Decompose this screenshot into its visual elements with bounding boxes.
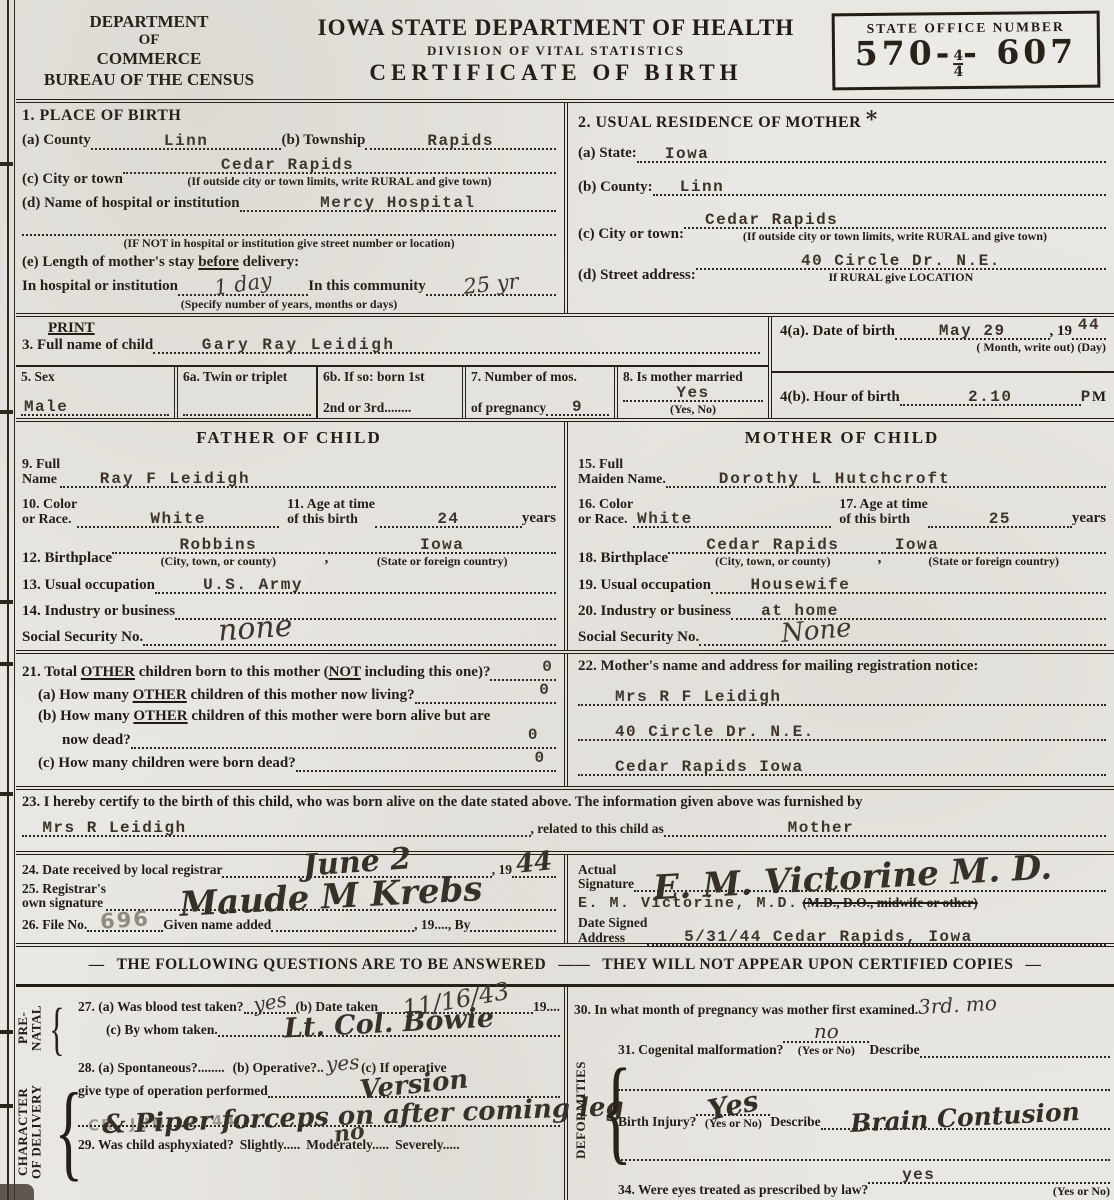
mother-birthplace-state-note: (State or foreign country) <box>881 555 1106 568</box>
dotted-line: 44 <box>512 861 556 878</box>
handwritten-mark: * <box>866 107 878 133</box>
father-age-suffix: years <box>522 510 556 527</box>
eyes-treated-value: yes <box>902 1166 935 1184</box>
mailing-address-title: 22. Mother's name and address for mailin… <box>578 658 1106 675</box>
mother-birthplace-city-note: (City, town, or county) <box>668 555 878 568</box>
dotted-line: none <box>143 629 556 646</box>
agency-line: OF <box>18 32 280 50</box>
dotted-line: Mother <box>664 820 1106 837</box>
hospital-note: (IF NOT in hospital or institution give … <box>22 237 556 250</box>
fraction-top: 4 <box>953 49 963 65</box>
pregnancy-label-2: of pregnancy <box>471 400 546 416</box>
informant-value: Mrs R Leidigh <box>42 819 186 837</box>
q-part: children born to this mother ( <box>135 664 329 680</box>
dotted-line: Iowa <box>328 537 556 554</box>
mother-ssn-label: Social Security No. <box>578 629 699 646</box>
slightly-label: Slightly..... <box>240 1137 300 1153</box>
fraction-bottom: 4 <box>954 65 964 79</box>
father-age-value: 24 <box>437 510 459 528</box>
mother-name-label: 15. FullMaiden Name. <box>578 457 666 488</box>
street-location-line: (IF NOT in hospital or institution give … <box>22 219 556 250</box>
hour-p-value: P <box>1081 388 1092 406</box>
dotted-line: Brain Contusion <box>821 1113 1110 1130</box>
mother-occupation-line: 19. Usual occupation Housewife <box>578 577 1106 594</box>
eyes-treated-field: yes (Yes or No) <box>868 1167 1110 1198</box>
actual-signature-label: ActualSignature <box>578 863 634 893</box>
by-whom-taken-label: (c) By whom taken. <box>106 1022 218 1038</box>
children-dead-label: (b) How many OTHER children of this moth… <box>38 708 556 725</box>
actual-label-1: Actual <box>578 863 634 878</box>
q-part: (b) How many <box>38 708 133 724</box>
dotted-line: 696 <box>87 915 163 932</box>
children-living-value: 0 <box>539 681 550 699</box>
dotted-line: Housewife <box>711 577 1106 594</box>
asphyxiated-label: 29. Was child asphyxiated? <box>78 1137 234 1153</box>
related-value: Mother <box>788 819 855 837</box>
birth-certificate-scan: DEPARTMENT OF COMMERCE BUREAU OF THE CEN… <box>0 0 1114 1200</box>
dotted-line: 25 yr <box>426 279 556 296</box>
father-birthplace-state-field: Iowa (State or foreign country) <box>328 537 556 568</box>
vertical-labels-gutter: PRE-NATAL { CHARACTER OF DELIVERY { <box>16 987 78 1200</box>
date-signed-label-1: Date Signed <box>578 916 647 931</box>
eyes-treated-line: 34. Were eyes treated as prescribed by l… <box>618 1167 1110 1198</box>
hospital-line: (d) Name of hospital or institution Merc… <box>22 195 556 212</box>
street-address-note: If RURAL give LOCATION <box>696 271 1106 284</box>
prenatal-brace: { <box>50 1004 65 1053</box>
operative-label: (b) Operative?.. <box>233 1060 324 1076</box>
residence-city-field: Cedar Rapids (If outside city or town li… <box>684 212 1106 243</box>
banner-dash: — <box>89 956 105 974</box>
file-number-stamp: 696 <box>100 907 151 934</box>
office-number-fraction: 44 <box>953 49 963 79</box>
father-race-label: 10. Coloror Race. <box>22 497 77 528</box>
severely-label: Severely..... <box>395 1137 460 1153</box>
residence-state-value: Iowa <box>665 145 709 163</box>
father-ssn-line: Social Security No. none <box>22 629 556 646</box>
stay-hospital-value: 1 day <box>213 268 274 300</box>
father-ssn-value: none <box>216 609 293 649</box>
dotted-line: 44 <box>1072 323 1106 340</box>
father-occupation-line: 13. Usual occupation U.S. Army <box>22 577 556 594</box>
registrar-signature-label: 25. Registrar'sown signature <box>22 882 106 912</box>
date-signed-line: Date SignedAddress 5/31/44 Cedar Rapids,… <box>578 916 1106 946</box>
county-label: (a) County <box>22 132 91 149</box>
date-of-birth-line: 4(a). Date of birth May 29 , 19 44 <box>780 323 1106 340</box>
dotted-line: Yes <box>623 385 763 402</box>
scan-mark <box>0 1030 13 1034</box>
q-underlined: OTHER <box>133 687 187 703</box>
dotted-line <box>271 915 414 932</box>
dotted-line: 5/31/44 Cedar Rapids, Iowa <box>647 929 1106 946</box>
eyes-treated-label: 34. Were eyes treated as prescribed by l… <box>618 1182 868 1198</box>
hour-of-birth-area: 4(b). Hour of birth 2.10 P M <box>772 373 1114 418</box>
father-age-label-1: 11. Age at time <box>287 497 375 512</box>
father-birthplace-city: Robbins <box>179 536 257 554</box>
dotted-line: yes <box>244 997 296 1014</box>
father-birthplace-state-note: (State or foreign country) <box>328 555 556 568</box>
dotted-line: Linn <box>91 133 282 150</box>
operation-notes-line: CR. JUN 12 '44 & Piper forceps on after … <box>78 1110 560 1127</box>
dotted-line: Male <box>21 399 169 416</box>
birth-injury-description: Brain Contusion <box>850 1097 1081 1138</box>
twin-label: 6a. Twin or triplet <box>183 369 311 385</box>
dob-year-prefix: , 19 <box>1050 323 1073 340</box>
father-occupation-label: 13. Usual occupation <box>22 577 155 594</box>
describe-label: Describe <box>869 1042 919 1058</box>
bottom-left-block: PRE-NATAL { CHARACTER OF DELIVERY { 27. … <box>16 987 568 1200</box>
q-part: including this one)? <box>361 664 491 680</box>
deformities-vertical-label: DEFORMITIES <box>574 1061 588 1159</box>
parents-row: FATHER OF CHILD 9. FullName Ray F Leidig… <box>16 418 1114 650</box>
mailing-street-value: 40 Circle Dr. N.E. <box>615 723 815 741</box>
stay-line: In hospital or institution 1 day In this… <box>22 278 556 295</box>
mother-birthplace-city-field: Cedar Rapids (City, town, or county) <box>668 537 878 568</box>
stillborn-label: (c) How many children were born dead? <box>38 755 296 772</box>
residence-county-label: (b) County: <box>578 179 653 196</box>
dotted-line: Mrs R Leidigh <box>22 820 531 837</box>
agency-line: BUREAU OF THE CENSUS <box>18 70 280 90</box>
residence-city-line: (c) City or town: Cedar Rapids (If outsi… <box>578 212 1106 243</box>
city-field: Cedar Rapids (If outside city or town li… <box>123 157 556 188</box>
banner-left-text: THE FOLLOWING QUESTIONS ARE TO BE ANSWER… <box>117 956 547 974</box>
city-label: (c) City or town <box>22 171 123 188</box>
state-office-number-box: STATE OFFICE NUMBER 570-44- 607 <box>832 11 1101 91</box>
dotted-line <box>470 915 556 932</box>
mother-race-value: White <box>637 510 693 528</box>
received-year-prefix: , 19 <box>492 862 512 878</box>
dob-note: ( Month, write out) (Day) <box>780 341 1106 354</box>
document-title-block: IOWA STATE DEPARTMENT OF HEALTH DIVISION… <box>280 14 832 88</box>
father-ssn-label: Social Security No. <box>22 629 143 646</box>
hour-of-birth-label: 4(b). Hour of birth <box>780 389 900 406</box>
banner-dash: —— <box>558 956 590 974</box>
street-address-label: (d) Street address: <box>578 267 696 284</box>
dotted-line: 40 Circle Dr. N.E. <box>696 253 1106 270</box>
related-label: , related to this child as <box>531 821 664 837</box>
sex-cell: 5. Sex Male <box>16 367 174 418</box>
father-birthplace-label: 12. Birthplace <box>22 550 112 567</box>
dotted-line: Mrs R F Leidigh <box>578 689 1106 706</box>
date-taken-year-label: 19.... <box>533 999 560 1015</box>
child-name-label: 3. Full name of child <box>22 337 153 354</box>
asphyxiated-value: no <box>333 1119 367 1148</box>
dotted-line: Dorothy L Hutchcroft <box>666 471 1106 488</box>
dotted-line: Linn <box>653 179 1106 196</box>
dotted-line: May 29 <box>895 323 1050 340</box>
mother-name-label-1: 15. Full <box>578 457 666 472</box>
q-underlined: OTHER <box>133 708 187 724</box>
father-occupation-value: U.S. Army <box>203 576 303 594</box>
usual-residence-title-text: 2. USUAL RESIDENCE OF MOTHER <box>578 114 861 131</box>
mother-birthplace-label: 18. Birthplace <box>578 550 668 567</box>
delivery-vertical-label: CHARACTER OF DELIVERY <box>16 1080 43 1184</box>
certification-block: 23. I hereby certify to the birth of thi… <box>22 794 1106 836</box>
pregnancy-line: of pregnancy 9 <box>471 399 609 416</box>
father-title: FATHER OF CHILD <box>22 428 556 448</box>
q-underlined: OTHER <box>81 664 135 680</box>
city-note: (If outside city or town limits, write R… <box>123 175 556 188</box>
sex-value: Male <box>24 398 68 416</box>
dotted-line: yes <box>868 1167 1110 1184</box>
bottom-right-block: 30. In what month of pregnancy was mothe… <box>568 987 1114 1200</box>
date-of-birth-area: 4(a). Date of birth May 29 , 19 44 ( Mon… <box>772 317 1114 373</box>
print-label: PRINT <box>48 320 95 336</box>
scan-mark <box>0 600 13 604</box>
date-of-birth-label: 4(a). Date of birth <box>780 323 895 340</box>
pregnancy-value: 9 <box>572 398 583 416</box>
spontaneous-label: 28. (a) Spontaneous?........ <box>78 1060 225 1076</box>
hour-m-label: M <box>1092 389 1106 406</box>
mother-race-label: 16. Coloror Race. <box>578 497 633 528</box>
dotted-line: 0 <box>131 732 556 749</box>
malformation-label: 31. Cogenital malformation? <box>618 1042 783 1058</box>
continuation-line <box>618 1144 1110 1161</box>
residence-city-value: Cedar Rapids <box>705 211 838 229</box>
dotted-line: Cedar Rapids <box>123 157 556 174</box>
stillborn-line: (c) How many children were born dead? 0 <box>38 755 556 772</box>
mother-occupation-value: Housewife <box>750 576 850 594</box>
dob-year-value: 44 <box>1078 316 1100 334</box>
confidential-banner: — THE FOLLOWING QUESTIONS ARE TO BE ANSW… <box>16 943 1114 988</box>
prenatal-group-label: PRE-NATAL { <box>16 993 78 1063</box>
sex-label: 5. Sex <box>21 369 169 385</box>
first-examined-label: 30. In what month of pregnancy was mothe… <box>574 1002 918 1018</box>
q-underlined: NOT <box>329 664 361 680</box>
dotted-line: & Piper forceps on after coming leg <box>78 1110 560 1127</box>
describe-label: Describe <box>770 1114 820 1130</box>
pregnancy-months-cell: 7. Number of mos. of pregnancy 9 <box>462 367 614 418</box>
total-other-children-label: 21. Total OTHER children born to this mo… <box>22 664 490 681</box>
division-title: DIVISION OF VITAL STATISTICS <box>280 43 832 59</box>
county-value: Linn <box>164 132 208 150</box>
dotted-line: Mercy Hospital <box>240 195 556 212</box>
actual-signature-line: ActualSignature E. M. Victorine M. D. <box>578 863 1106 893</box>
dotted-line: 9 <box>546 399 609 416</box>
deformities-region: DEFORMITIES { 31. Cogenital malformation… <box>574 1019 1110 1200</box>
actual-label-2: Signature <box>578 877 634 892</box>
mother-name-label-2: Maiden Name. <box>578 472 666 487</box>
other-children-row: 21. Total OTHER children born to this mo… <box>16 650 1114 786</box>
registrar-label-2: own signature <box>22 896 106 911</box>
malformation-field: no (Yes or No) <box>783 1026 869 1057</box>
continuation-line <box>618 1074 1110 1091</box>
dotted-line: 0 <box>415 687 556 704</box>
section-usual-residence: 2. USUAL RESIDENCE OF MOTHER * (a) State… <box>568 103 1114 313</box>
father-birthplace-city-field: Robbins (City, town, or county) <box>112 537 325 568</box>
place-of-birth-title: 1. PLACE OF BIRTH <box>22 107 556 125</box>
mother-married-cell: 8. Is mother married Yes (Yes, No) <box>614 367 768 418</box>
pregnancy-label-1: 7. Number of mos. <box>471 369 609 385</box>
dotted-line: Lt. Col. Bowie <box>218 1020 560 1037</box>
dotted-line: Maude M Krebs <box>106 891 556 911</box>
section-mailing-address: 22. Mother's name and address for mailin… <box>568 654 1114 786</box>
delivery-group-label: CHARACTER OF DELIVERY { <box>16 1063 78 1200</box>
dotted-line: 40 Circle Dr. N.E. <box>578 724 1106 741</box>
city-value: Cedar Rapids <box>221 156 354 174</box>
mother-birthplace-line: 18. Birthplace Cedar Rapids (City, town,… <box>578 537 1106 568</box>
mother-ssn-value: None <box>779 613 852 649</box>
mother-age-suffix: years <box>1072 510 1106 527</box>
dotted-line: 1 day <box>178 279 308 296</box>
father-race-label-1: 10. Color <box>22 497 77 512</box>
dotted-line: White <box>633 511 831 528</box>
mother-name-value: Dorothy L Hutchcroft <box>719 470 951 488</box>
section-place-of-birth: 1. PLACE OF BIRTH (a) County Linn (b) To… <box>16 103 568 313</box>
date-received-label: 24. Date received by local registrar <box>22 862 222 878</box>
q-part: children of this mother were born alive … <box>188 708 491 724</box>
hospital-value: Mercy Hospital <box>320 194 475 212</box>
children-living-label: (a) How many OTHER children of this moth… <box>38 687 415 704</box>
twin-cell: 6a. Twin or triplet <box>174 367 316 418</box>
mother-name-line: 15. FullMaiden Name. Dorothy L Hutchcrof… <box>578 457 1106 488</box>
dotted-line: E. M. Victorine M. D. <box>634 872 1106 892</box>
dotted-line: 24 <box>375 511 522 528</box>
moderately-label: Moderately.....no <box>306 1137 389 1153</box>
mother-birthplace-city: Cedar Rapids <box>706 536 839 554</box>
residence-county-line: (b) County: Linn <box>578 179 1106 196</box>
malformation-line: 31. Cogenital malformation? no (Yes or N… <box>618 1026 1110 1057</box>
residence-county-value: Linn <box>680 178 724 196</box>
dotted-line: no <box>783 1026 869 1043</box>
mother-industry-label: 20. Industry or business <box>578 603 731 620</box>
married-label: 8. Is mother married <box>623 369 763 385</box>
now-dead-label: now dead? <box>62 732 131 749</box>
father-birthplace-state: Iowa <box>420 536 464 554</box>
county-township-line: (a) County Linn (b) Township Rapids <box>22 132 556 149</box>
married-field: Yes (Yes, No) <box>623 385 763 416</box>
first-examined-line: 30. In what month of pregnancy was mothe… <box>574 993 1110 1017</box>
dotted-line: 2.10 <box>900 389 1081 406</box>
father-birthplace-line: 12. Birthplace Robbins (City, town, or c… <box>22 537 556 568</box>
scan-mark <box>0 1104 13 1108</box>
registrar-label-1: 25. Registrar's <box>22 882 106 897</box>
mailing-name-line: Mrs R F Leidigh <box>578 689 1106 706</box>
dotted-line: 0 <box>490 664 556 681</box>
q-part: children of this mother now living? <box>187 687 415 703</box>
dotted-line: Ray F Leidigh <box>60 471 556 488</box>
state-office-number-stamp: 570-44- 607 <box>839 35 1093 81</box>
married-note: (Yes, No) <box>623 403 763 416</box>
dotted-line <box>618 1144 1110 1161</box>
stay-label: (e) Length of mother's stay before deliv… <box>22 254 556 271</box>
mother-ssn-line: Social Security No. None <box>578 629 1106 646</box>
stay-hospital-label: In hospital or institution <box>22 278 178 295</box>
mother-race-label-2: or Race. <box>578 512 633 527</box>
delivery-type-line: 28. (a) Spontaneous?........ (b) Operati… <box>78 1051 560 1075</box>
agency-line: DEPARTMENT <box>18 12 280 32</box>
issuing-agency: DEPARTMENT OF COMMERCE BUREAU OF THE CEN… <box>18 12 280 90</box>
scan-mark <box>0 162 13 166</box>
child-name-line: 3. Full name of child Gary Ray Leidigh <box>22 337 760 354</box>
birth-date-block: 4(a). Date of birth May 29 , 19 44 ( Mon… <box>772 317 1114 418</box>
hour-of-birth-value: 2.10 <box>968 388 1012 406</box>
hour-of-birth-line: 4(b). Hour of birth 2.10 P M <box>780 388 1106 406</box>
informant-line: Mrs R Leidigh , related to this child as… <box>22 820 1106 837</box>
mother-age-label-2: of this birth <box>839 512 928 527</box>
yes-or-no-note: (Yes or No) <box>783 1044 869 1057</box>
born-order-label-2: 2nd or 3rd........ <box>323 400 457 416</box>
place-and-residence-row: 1. PLACE OF BIRTH (a) County Linn (b) To… <box>16 99 1114 313</box>
mother-age-label-1: 17. Age at time <box>839 497 928 512</box>
prenatal-vertical-label: PRE-NATAL <box>16 993 43 1063</box>
street-address-field: 40 Circle Dr. N.E. If RURAL give LOCATIO… <box>696 253 1106 284</box>
dotted-line: 25 <box>928 511 1072 528</box>
stay-label-underlined: before <box>198 254 239 270</box>
children-dead-value: 0 <box>528 726 539 744</box>
street-location-field: (IF NOT in hospital or institution give … <box>22 219 556 250</box>
married-value: Yes <box>676 384 709 402</box>
child-name-area: PRINT 3. Full name of child Gary Ray Lei… <box>16 317 768 367</box>
file-number-line: 26. File No. 696 Given name added , 19..… <box>22 915 556 932</box>
dotted-line: White <box>77 511 279 528</box>
asphyxiated-line: 29. Was child asphyxiated? Slightly.....… <box>78 1137 560 1153</box>
office-number-suffix: - 607 <box>963 32 1077 72</box>
total-other-children-value: 0 <box>542 658 553 676</box>
registrar-block: 24. Date received by local registrar Jun… <box>16 855 568 943</box>
received-year-value: 44 <box>514 846 553 880</box>
blood-test-label: 27. (a) Was blood test taken? <box>78 999 244 1015</box>
physician-signature-block: ActualSignature E. M. Victorine M. D. E.… <box>568 855 1114 943</box>
dotted-line: None <box>699 629 1106 646</box>
q-part: 21. Total <box>22 664 81 680</box>
father-name-label: 9. FullName <box>22 457 60 488</box>
dotted-line: Cedar Rapids Iowa <box>578 759 1106 776</box>
mailing-name-value: Mrs R F Leidigh <box>615 688 782 706</box>
father-age-label-2: of this birth <box>287 512 375 527</box>
born-order-cell: 6b. If so: born 1st 2nd or 3rd........ <box>316 367 462 418</box>
residence-state-label: (a) State: <box>578 145 637 162</box>
mother-title: MOTHER OF CHILD <box>578 428 1106 448</box>
section-father: FATHER OF CHILD 9. FullName Ray F Leidig… <box>16 422 568 650</box>
mother-occupation-label: 19. Usual occupation <box>578 577 711 594</box>
dotted-line <box>618 1074 1110 1091</box>
agency-line: COMMERCE <box>18 49 280 69</box>
child-left-block: PRINT 3. Full name of child Gary Ray Lei… <box>16 317 772 418</box>
mother-age-value: 25 <box>989 510 1011 528</box>
stay-community-value: 25 yr <box>462 269 520 299</box>
dotted-line: Robbins <box>112 537 325 554</box>
dotted-line: Yes <box>696 1099 770 1116</box>
father-name-line: 9. FullName Ray F Leidigh <box>22 457 556 488</box>
mother-age-label: 17. Age at timeof this birth <box>839 497 928 528</box>
header: DEPARTMENT OF COMMERCE BUREAU OF THE CEN… <box>16 0 1114 99</box>
father-name-value: Ray F Leidigh <box>100 470 251 488</box>
yes-or-no-note: (Yes or No) <box>868 1185 1110 1198</box>
first-examined-value: 3rd. mo <box>918 991 998 1019</box>
street-address-line: (d) Street address: 40 Circle Dr. N.E. I… <box>578 253 1106 284</box>
date-signed-label: Date SignedAddress <box>578 916 647 946</box>
father-race-label-2: or Race. <box>22 512 77 527</box>
by-whom-taken-line: (c) By whom taken. Lt. Col. Bowie <box>106 1020 560 1037</box>
total-other-children-line: 21. Total OTHER children born to this mo… <box>22 664 556 681</box>
stay-label-pre: (e) Length of mother's stay <box>22 254 198 270</box>
operation-performed-label: give type of operation performed <box>78 1083 268 1099</box>
delivery-brace: { <box>55 1086 84 1178</box>
stillborn-value: 0 <box>534 749 545 767</box>
department-title: IOWA STATE DEPARTMENT OF HEALTH <box>280 14 832 43</box>
dotted-line: Cedar Rapids <box>684 212 1106 229</box>
father-industry-label: 14. Industry or business <box>22 603 175 620</box>
father-name-label-1: 9. Full <box>22 457 60 472</box>
section-other-children: 21. Total OTHER children born to this mo… <box>16 654 568 786</box>
dotted-line <box>920 1041 1110 1058</box>
born-order-label-1: 6b. If so: born 1st <box>323 369 457 385</box>
registrar-signature-line: 25. Registrar'sown signature Maude M Kre… <box>22 882 556 912</box>
father-name-label-2: Name <box>22 472 60 487</box>
usual-residence-title: 2. USUAL RESIDENCE OF MOTHER * <box>578 107 1106 133</box>
township-label: (b) Township <box>281 132 365 149</box>
banner-dash: — <box>1025 956 1041 974</box>
